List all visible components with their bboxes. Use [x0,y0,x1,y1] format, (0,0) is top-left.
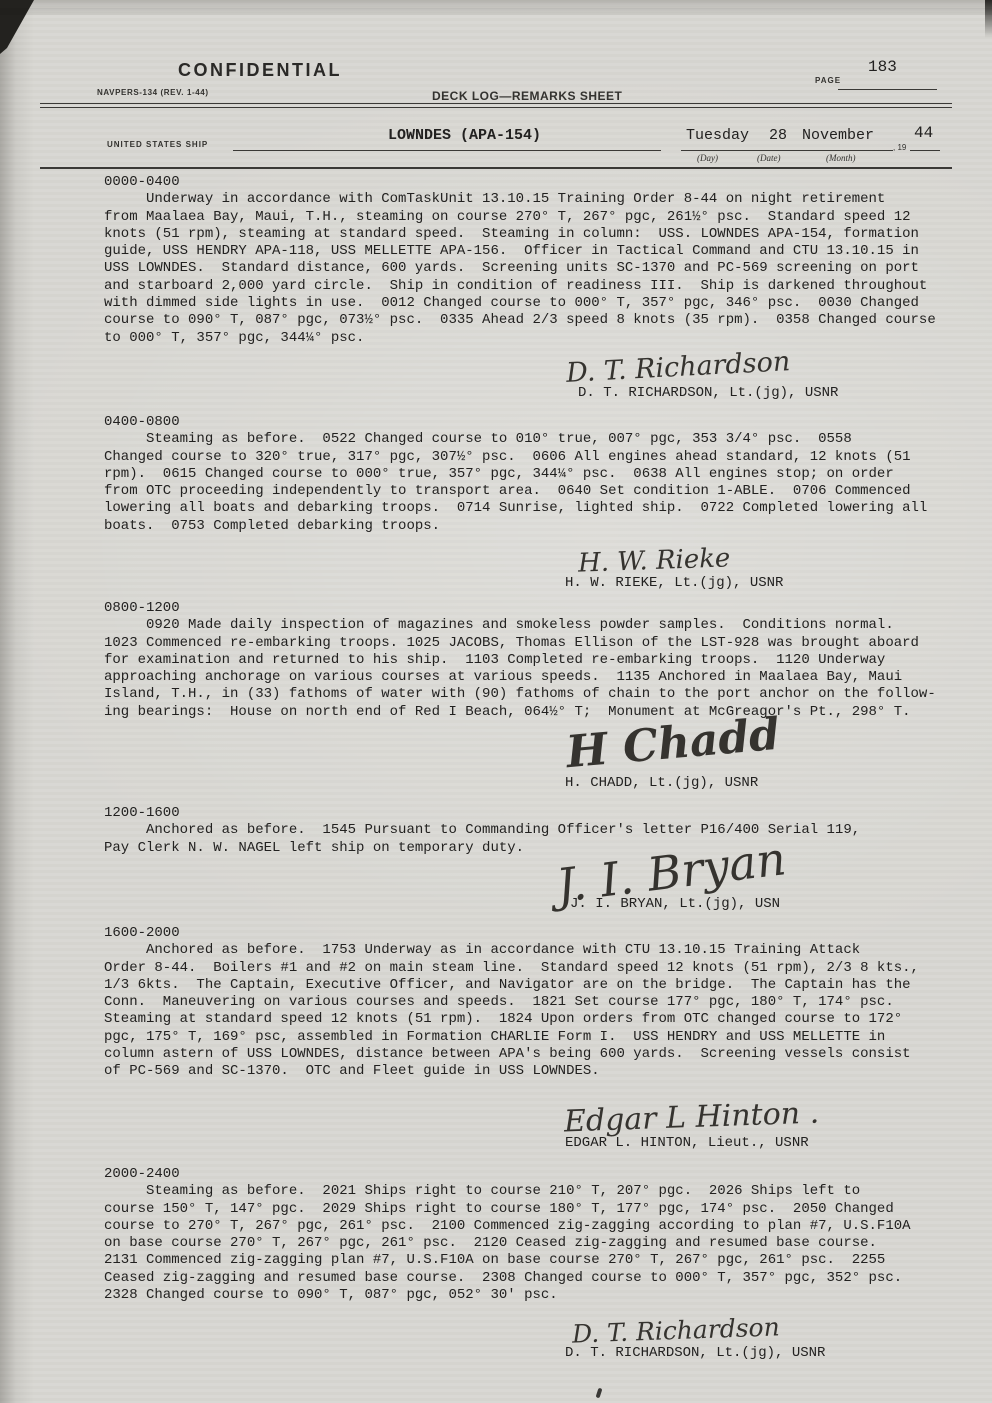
watch-period: 2000-2400 [104,1166,964,1183]
log-line: on base course 270° T, 267° pgc, 261° ps… [104,1235,964,1252]
log-line: Anchored as before. 1753 Underway as in … [104,942,964,959]
form-number: NAVPERS-134 (REV. 1-44) [97,88,209,97]
log-line: pgc, 175° T, 169° psc, assembled in Form… [104,1029,964,1046]
log-line: Steaming at standard speed 12 knots (51 … [104,1011,964,1028]
signature-handwriting: Edgar L Hinton . [563,1096,819,1140]
signature-handwriting: D. T. Richardson [572,1312,781,1348]
signature-typed-name: J. I. BRYAN, Lt.(jg), USN [570,896,780,912]
log-line: course to 270° T, 267° pgc, 261° psc. 21… [104,1218,964,1235]
log-entry-0000-0400: 0000-0400 Underway in accordance with Co… [104,174,964,347]
watch-period: 0800-1200 [104,600,964,617]
ship-name-underline [233,150,661,151]
log-line: 2131 Commenced zig-zagging plan #7, U.S.… [104,1252,964,1269]
page-label: PAGE [815,76,841,85]
watch-period: 1600-2000 [104,925,964,942]
scan-band-artifact [0,8,992,15]
log-month: November [802,127,874,144]
signature-typed-name: D. T. RICHARDSON, Lt.(jg), USNR [578,385,838,401]
header-rule-bottom [40,167,952,169]
day-caption: (Day) [697,153,718,163]
signature-typed-name: D. T. RICHARDSON, Lt.(jg), USNR [565,1345,825,1361]
log-line: Ceased zig-zagging and resumed base cour… [104,1270,964,1287]
log-year: 44 [914,124,933,142]
log-line: and starboard 2,000 yard circle. Ship in… [104,278,964,295]
log-line: 1023 Commenced re-embarking troops. 1025… [104,635,964,652]
log-line: course 150° T, 147° pgc. 2029 Ships righ… [104,1201,964,1218]
log-line: Pay Clerk N. W. NAGEL left ship on tempo… [104,840,964,857]
log-line: USS LOWNDES. Standard distance, 600 yard… [104,260,964,277]
signature-handwriting: D. T. Richardson [565,346,791,389]
log-line: ing bearings: House on north end of Red … [104,704,964,721]
log-line: rpm). 0615 Changed course to 000° true, … [104,466,964,483]
log-entry-0400-0800: 0400-0800 Steaming as before. 0522 Chang… [104,414,964,535]
log-entry-1200-1600: 1200-1600 Anchored as before. 1545 Pursu… [104,805,964,857]
log-day: Tuesday [686,127,749,144]
pen-mark-artifact [596,1388,603,1399]
log-entry-2000-2400: 2000-2400 Steaming as before. 2021 Ships… [104,1166,964,1304]
log-line: Steaming as before. 2021 Ships right to … [104,1183,964,1200]
log-line: Island, T.H., in (33) fathoms of water w… [104,686,964,703]
year-underline [910,150,940,151]
log-line: Order 8-44. Boilers #1 and #2 on main st… [104,960,964,977]
log-line: Underway in accordance with ComTaskUnit … [104,191,964,208]
signature-typed-name: H. W. RIEKE, Lt.(jg), USNR [565,575,783,591]
year-prefix: , 19 [893,143,906,152]
page-number-underline [838,89,937,90]
log-line: 1/3 6kts. The Captain, Executive Officer… [104,977,964,994]
log-line: to 000° T, 357° pgc, 344¼° psc. [104,330,964,347]
form-title: DECK LOG—REMARKS SHEET [432,89,622,103]
log-entry-1600-2000: 1600-2000 Anchored as before. 1753 Under… [104,925,964,1081]
log-line: Anchored as before. 1545 Pursuant to Com… [104,822,964,839]
deck-log-remarks-sheet: CONFIDENTIAL PAGE 183 NAVPERS-134 (REV. … [0,0,992,1403]
log-line: with dimmed side lights in use. 0012 Cha… [104,295,964,312]
log-line: column astern of USS LOWNDES, distance b… [104,1046,964,1063]
watch-period: 0000-0400 [104,174,964,191]
watch-period: 0400-0800 [104,414,964,431]
month-caption: (Month) [826,153,856,163]
signature-handwriting: H. W. Rieke [578,543,731,578]
log-line: for examination and returned to his ship… [104,652,964,669]
signature-typed-name: H. CHADD, Lt.(jg), USNR [565,775,758,791]
ship-name: LOWNDES (APA-154) [388,127,541,144]
log-line: Conn. Maneuvering on various courses and… [104,994,964,1011]
log-line: Steaming as before. 0522 Changed course … [104,431,964,448]
log-line: from Maalaea Bay, Maui, T.H., steaming o… [104,209,964,226]
header-rule-top [40,103,952,104]
date-caption: (Date) [757,153,781,163]
date-underline [681,150,893,151]
log-line: boats. 0753 Completed debarking troops. [104,518,964,535]
signature-typed-name: EDGAR L. HINTON, Lieut., USNR [565,1135,809,1151]
log-line: course to 090° T, 087° pgc, 073½° psc. 0… [104,312,964,329]
classification-stamp: CONFIDENTIAL [178,60,342,81]
log-date: 28 [769,127,787,144]
log-line: knots (51 rpm), steaming at standard spe… [104,226,964,243]
log-line: Changed course to 320° true, 317° pgc, 3… [104,449,964,466]
log-line: from OTC proceeding independently to tra… [104,483,964,500]
log-line: lowering all boats and debarking troops.… [104,500,964,517]
log-line: 2328 Changed course to 090° T, 087° pgc,… [104,1287,964,1304]
watch-period: 1200-1600 [104,805,964,822]
log-line: of PC-569 and SC-1370. OTC and Fleet gui… [104,1063,964,1080]
ship-label: UNITED STATES SHIP [107,140,208,149]
scan-edge-shadow [985,0,992,38]
log-line: approaching anchorage on various courses… [104,669,964,686]
header-rule-top2 [40,107,952,108]
log-entry-0800-1200: 0800-1200 0920 Made daily inspection of … [104,600,964,721]
log-line: guide, USS HENDRY APA-118, USS MELLETTE … [104,243,964,260]
log-line: 0920 Made daily inspection of magazines … [104,617,964,634]
page-number: 183 [868,58,897,76]
